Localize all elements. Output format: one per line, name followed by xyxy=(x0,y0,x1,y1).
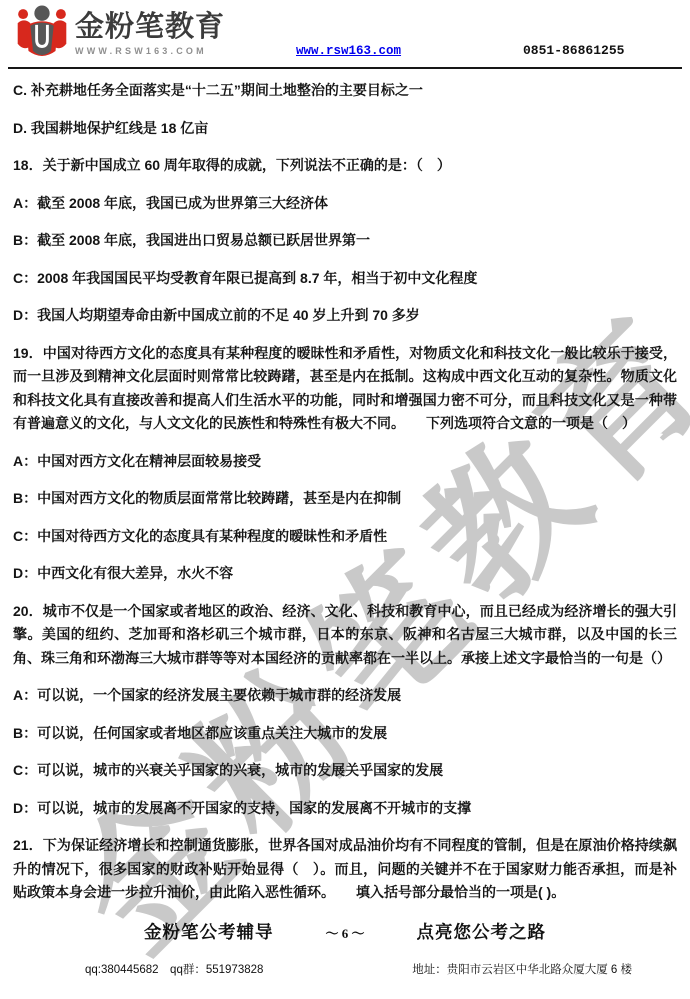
footer-page-number: ～ 6 ～ xyxy=(325,923,364,942)
phone-number: 0851-86861255 xyxy=(523,43,624,58)
option-line: D：我国人均期望寿命由新中国成立前的不足 40 岁上升到 70 多岁 xyxy=(13,304,677,328)
option-line: C：2008 年我国国民平均受教育年限已提高到 8.7 年，相当于初中文化程度 xyxy=(13,267,677,291)
question-paragraph: 19．中国对待西方文化的态度具有某种程度的暧昧性和矛盾性，对物质文化和科技文化一… xyxy=(13,342,677,436)
question-paragraph: 20．城市不仅是一个国家或者地区的政治、经济、文化、科技和教育中心，而且已经成为… xyxy=(13,600,677,671)
question-paragraph: 21．下为保证经济增长和控制通货膨胀，世界各国对成品油价均有不同程度的管制，但是… xyxy=(13,834,677,905)
footer-slogan: 点亮您公考之路 xyxy=(417,919,547,944)
question-line: 18．关于新中国成立 60 周年取得的成就，下列说法不正确的是：（ ） xyxy=(13,154,677,178)
option-line: A：可以说，一个国家的经济发展主要依赖于城市群的经济发展 xyxy=(13,684,677,708)
option-line: D：中西文化有很大差异，水火不容 xyxy=(13,562,677,586)
option-line: C. 补充耕地任务全面落实是“十二五”期间土地整治的主要目标之一 xyxy=(13,79,677,103)
logo-text-block: 金粉笔教育 WWW.RSW163.COM xyxy=(75,4,225,56)
option-line: A：中国对西方文化在精神层面较易接受 xyxy=(13,450,677,474)
page-header: 金粉笔教育 WWW.RSW163.COM www.rsw163.com 0851… xyxy=(8,0,682,69)
option-line: A：截至 2008 年底，我国已成为世界第三大经济体 xyxy=(13,192,677,216)
document-body: C. 补充耕地任务全面落实是“十二五”期间土地整治的主要目标之一 D. 我国耕地… xyxy=(0,69,690,905)
logo-subtitle: WWW.RSW163.COM xyxy=(75,46,225,56)
footer-brand: 金粉笔公考辅导 xyxy=(144,919,274,944)
option-line: C：中国对待西方文化的态度具有某种程度的暧昧性和矛盾性 xyxy=(13,525,677,549)
document-page: 金粉笔教育 金粉笔教育 WWW.RSW163.COM www.rsw163.co… xyxy=(0,0,690,999)
option-line: D：可以说，城市的发展离不开国家的支持，国家的发展离不开城市的支撑 xyxy=(13,797,677,821)
footer-contact-line: qq:380445682 qq群：551973828 地址：贵阳市云岩区中华北路… xyxy=(0,961,690,977)
option-line: B：可以说，任何国家或者地区都应该重点关注大城市的发展 xyxy=(13,722,677,746)
option-line: B：截至 2008 年底，我国进出口贸易总额已跃居世界第一 xyxy=(13,229,677,253)
address-contact: 地址：贵阳市云岩区中华北路众厦大厦 6 楼 xyxy=(412,961,632,977)
logo-name: 金粉笔教育 xyxy=(75,10,225,44)
qq-contact: qq:380445682 qq群：551973828 xyxy=(85,961,263,977)
footer-brand-line: 金粉笔公考辅导 ～ 6 ～ 点亮您公考之路 xyxy=(0,919,690,944)
option-line: B：中国对西方文化的物质层面常常比较踌躇，甚至是内在抑制 xyxy=(13,487,677,511)
people-shield-logo-icon xyxy=(15,4,69,62)
option-line: C：可以说，城市的兴衰关乎国家的兴衰，城市的发展关乎国家的发展 xyxy=(13,759,677,783)
option-line: D. 我国耕地保护红线是 18 亿亩 xyxy=(13,117,677,141)
website-link[interactable]: www.rsw163.com xyxy=(296,44,401,58)
brand-logo: 金粉笔教育 WWW.RSW163.COM xyxy=(15,4,225,62)
